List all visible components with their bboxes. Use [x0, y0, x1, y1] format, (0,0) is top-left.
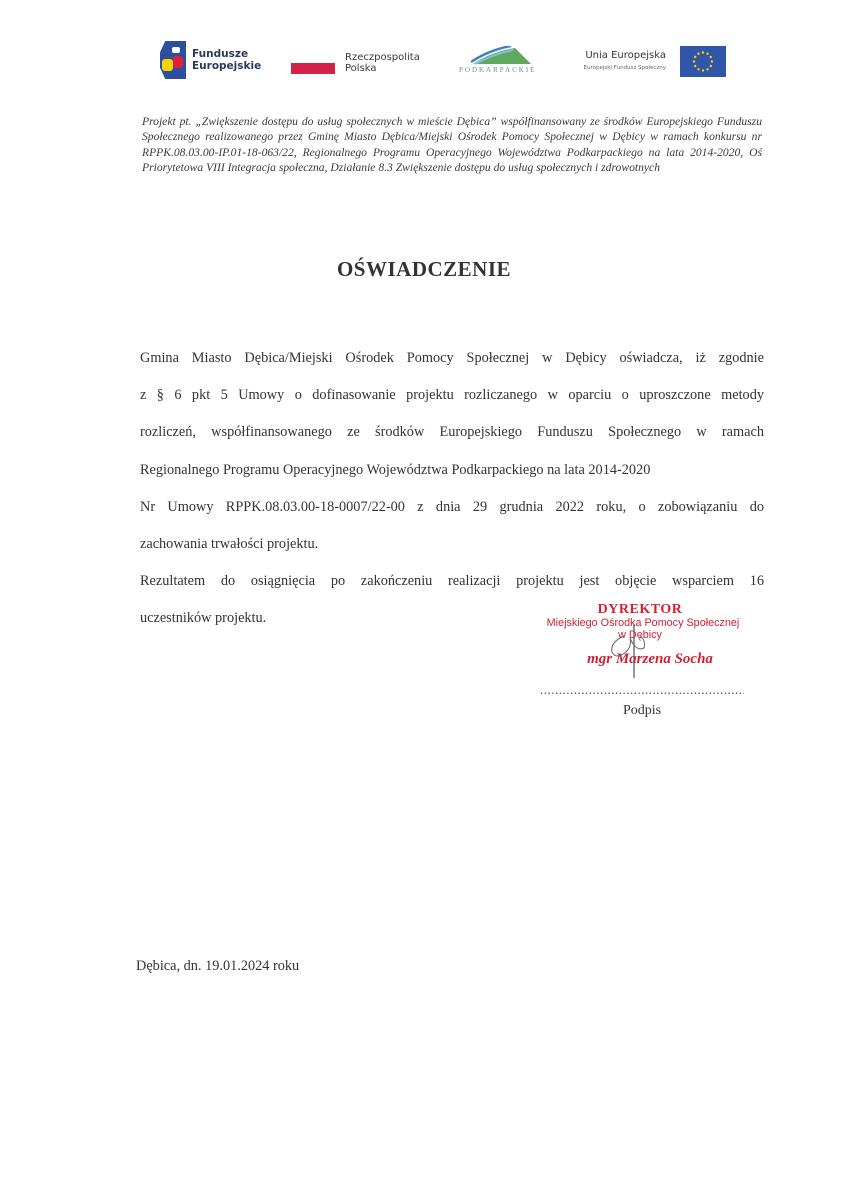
podkarpackie-swoosh-icon: [471, 46, 531, 66]
podkarpackie-logo: PODKARPACKIE: [459, 44, 549, 78]
rzeczpospolita-polska-logo: Rzeczpospolita Polska: [291, 50, 431, 80]
unia-europejska-title: Unia Europejska: [585, 50, 666, 61]
fundusze-europejskie-logo: Fundusze Europejskie: [160, 41, 260, 83]
place-date: Dębica, dn. 19.01.2024 roku: [136, 958, 299, 975]
signature-label: Podpis: [540, 703, 744, 719]
signature-line: ........................................…: [540, 682, 744, 698]
body-line: Rezultatem do osiągnięcia po zakończeniu…: [140, 563, 764, 600]
rzeczpospolita-polska-text: Rzeczpospolita Polska: [345, 52, 420, 74]
polish-flag-icon: [291, 63, 335, 74]
body-line: Nr Umowy RPPK.08.03.00-18-0007/22-00 z d…: [140, 489, 764, 526]
eu-flag-icon: [680, 46, 726, 77]
unia-europejska-logo: Unia Europejska Europejski Fundusz Społe…: [575, 45, 730, 81]
handwritten-signature-icon: [600, 622, 660, 682]
body-line: zachowania trwałości projektu.: [140, 526, 764, 563]
unia-europejska-subtitle: Europejski Fundusz Społeczny: [584, 65, 666, 71]
fundusze-europejskie-emblem-icon: [160, 41, 186, 79]
body-line: Regionalnego Programu Operacyjnego Wojew…: [140, 452, 764, 489]
stamp-title: DYREKTOR: [540, 602, 740, 617]
declaration-body: Gmina Miasto Dębica/Miejski Ośrodek Pomo…: [140, 340, 764, 638]
fundusze-europejskie-text: Fundusze Europejskie: [192, 48, 261, 72]
body-line: Gmina Miasto Dębica/Miejski Ośrodek Pomo…: [140, 340, 764, 377]
body-line: rozliczeń, współfinansowanego ze środków…: [140, 414, 764, 451]
document-title: OŚWIADCZENIE: [0, 257, 848, 282]
project-note: Projekt pt. „Zwiększenie dostępu do usłu…: [142, 114, 762, 176]
body-line: z § 6 pkt 5 Umowy o dofinasowanie projek…: [140, 377, 764, 414]
podkarpackie-text: PODKARPACKIE: [459, 66, 536, 74]
